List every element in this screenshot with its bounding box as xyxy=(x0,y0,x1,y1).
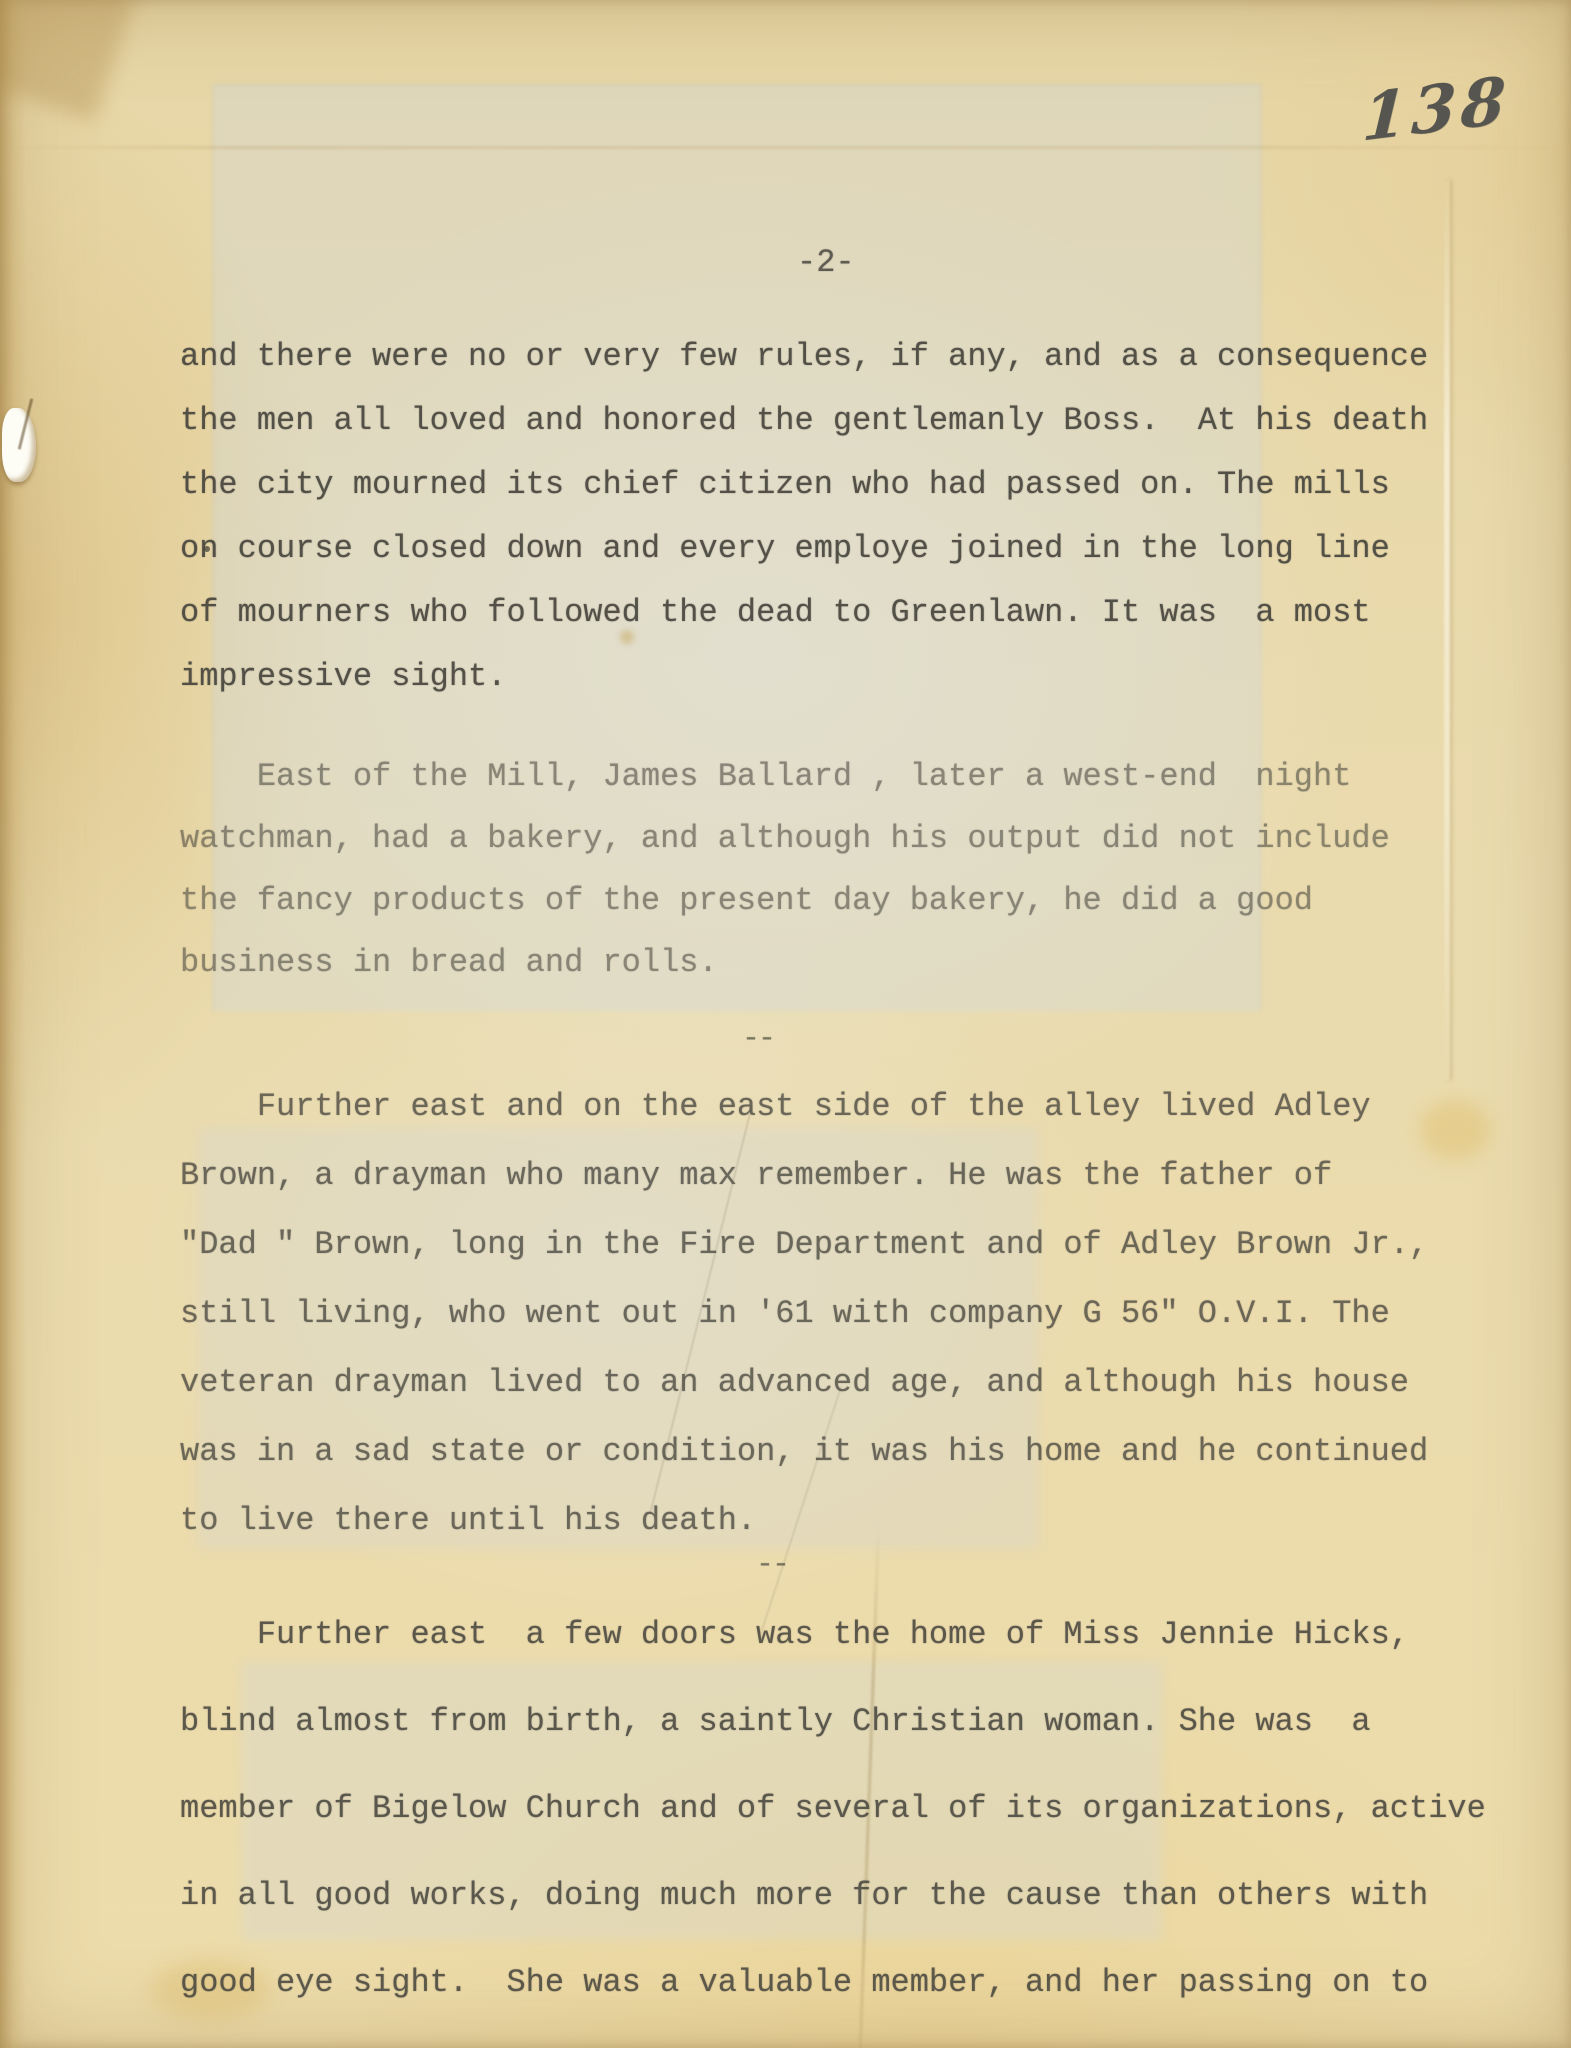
paragraph-1: and there were no or very few rules, if … xyxy=(180,325,1428,709)
left-edge-tear xyxy=(2,408,36,482)
handwritten-page-number: 138 xyxy=(1361,62,1512,156)
paragraph-3: Further east and on the east side of the… xyxy=(180,1072,1428,1555)
left-edge-tear-slit xyxy=(18,398,33,449)
paragraph-2: East of the Mill, James Ballard , later … xyxy=(180,746,1390,994)
top-left-fold-shadow xyxy=(0,0,138,121)
typed-page-number: -2- xyxy=(797,244,855,281)
section-separator-1: -- xyxy=(742,1022,774,1056)
manuscript-page: 138 -2- and there were no or very few ru… xyxy=(0,0,1571,2048)
paragraph-4: Further east a few doors was the home of… xyxy=(180,1591,1486,2026)
torn-left-edge xyxy=(0,0,26,2048)
right-margin-crease xyxy=(1444,180,1450,1080)
section-separator-2: -- xyxy=(756,1548,788,1582)
horizontal-crease xyxy=(0,146,1571,149)
paper-stain xyxy=(1420,1100,1490,1160)
